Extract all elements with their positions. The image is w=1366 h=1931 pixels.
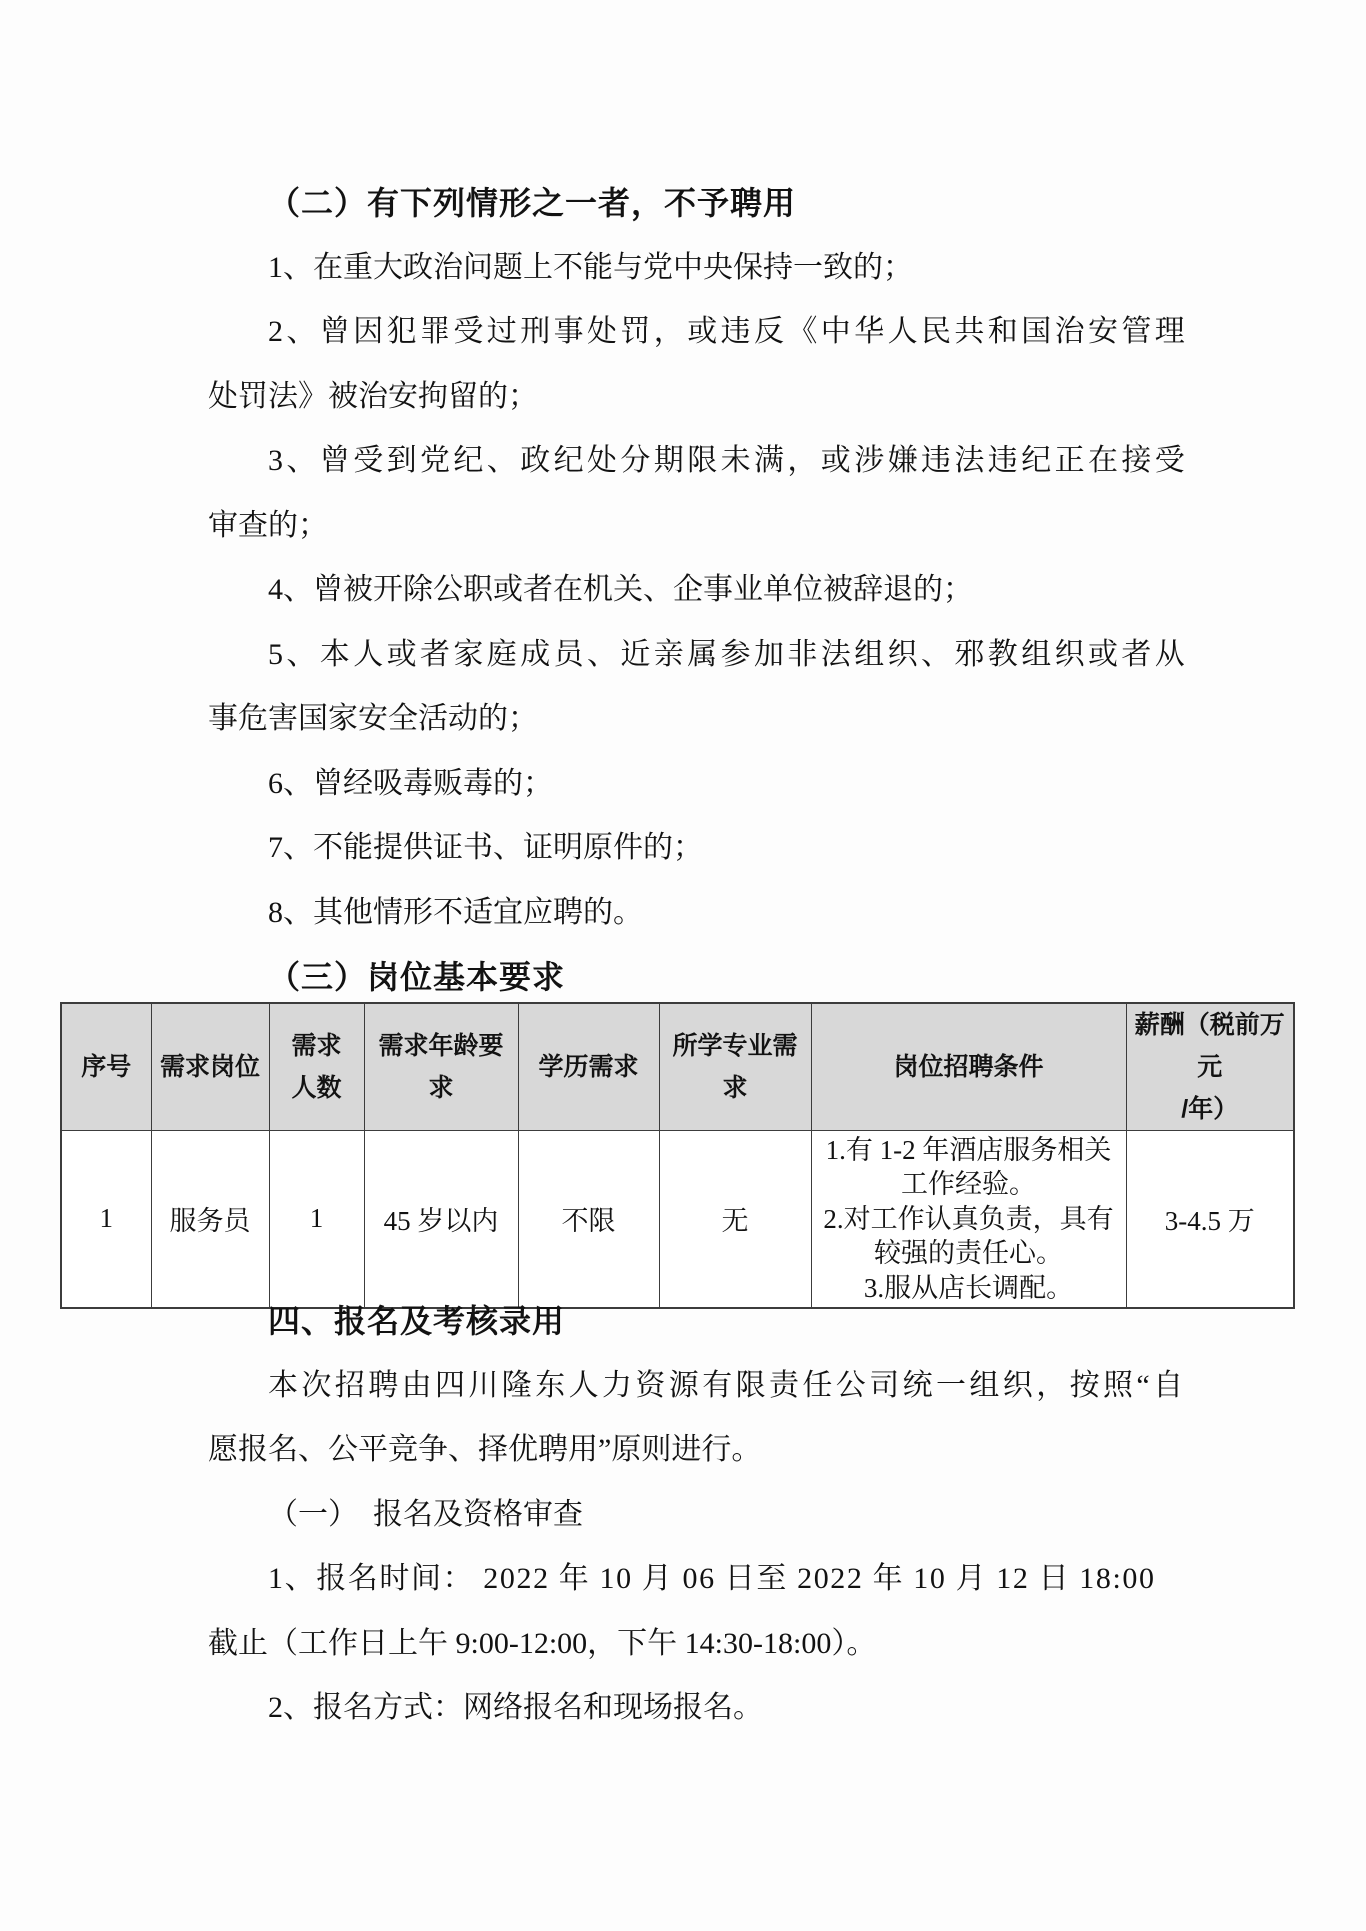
- requirements-table: 序号 需求岗位 需求 人数 需求年龄要求 学历需求 所学专业需求 岗位招聘条件 …: [60, 1002, 1295, 1309]
- disqualify-item-5-cont: 事危害国家安全活动的；: [208, 687, 1218, 752]
- disqualify-item-3: 3、曾受到党纪、政纪处分期限未满，或涉嫌违法违纪正在接受: [208, 429, 1218, 494]
- header-salary: 薪酬（税前万元 /年）: [1126, 1003, 1294, 1131]
- section-requirements-heading: （三）岗位基本要求: [208, 945, 1218, 1010]
- condition-1: 1.有 1-2 年酒店服务相关工作经验。: [816, 1133, 1122, 1202]
- disqualify-item-3-cont: 审查的；: [208, 494, 1218, 559]
- header-seq: 序号: [61, 1003, 151, 1131]
- apply-line-1-cont: 愿报名、公平竞争、择优聘用”原则进行。: [208, 1418, 1218, 1483]
- section-apply: 四、报名及考核录用 本次招聘由四川隆东人力资源有限责任公司统一组织，按照“自 愿…: [208, 1289, 1218, 1741]
- disqualify-item-5: 5、本人或者家庭成员、近亲属参加非法组织、邪教组织或者从: [208, 623, 1218, 688]
- cell-education: 不限: [518, 1131, 659, 1308]
- apply-line-1: 本次招聘由四川隆东人力资源有限责任公司统一组织，按照“自: [208, 1354, 1218, 1419]
- cell-conditions: 1.有 1-2 年酒店服务相关工作经验。 2.对工作认真负责，具有较强的责任心。…: [811, 1131, 1126, 1308]
- section-disqualify-heading: （二）有下列情形之一者，不予聘用: [208, 171, 1218, 236]
- section-disqualify: （二）有下列情形之一者，不予聘用 1、在重大政治问题上不能与党中央保持一致的； …: [208, 171, 1218, 1010]
- disqualify-item-2-cont: 处罚法》被治安拘留的；: [208, 365, 1218, 430]
- disqualify-item-8: 8、其他情形不适宜应聘的。: [208, 881, 1218, 946]
- disqualify-item-1: 1、在重大政治问题上不能与党中央保持一致的；: [208, 236, 1218, 301]
- table-header-row: 序号 需求岗位 需求 人数 需求年龄要求 学历需求 所学专业需求 岗位招聘条件 …: [61, 1003, 1294, 1131]
- document-page: （二）有下列情形之一者，不予聘用 1、在重大政治问题上不能与党中央保持一致的； …: [0, 0, 1366, 1931]
- condition-2: 2.对工作认真负责，具有较强的责任心。: [816, 1202, 1122, 1271]
- cell-salary: 3-4.5 万: [1126, 1131, 1294, 1308]
- disqualify-item-7: 7、不能提供证书、证明原件的；: [208, 816, 1218, 881]
- section-apply-heading: 四、报名及考核录用: [208, 1289, 1218, 1354]
- disqualify-item-4: 4、曾被开除公职或者在机关、企事业单位被辞退的；: [208, 558, 1218, 623]
- cell-major: 无: [659, 1131, 811, 1308]
- apply-subheading-1: （一） 报名及资格审查: [208, 1483, 1218, 1548]
- header-age: 需求年龄要求: [364, 1003, 518, 1131]
- cell-headcount: 1: [269, 1131, 364, 1308]
- header-position: 需求岗位: [151, 1003, 269, 1131]
- header-conditions: 岗位招聘条件: [811, 1003, 1126, 1131]
- cell-seq: 1: [61, 1131, 151, 1308]
- cell-position: 服务员: [151, 1131, 269, 1308]
- header-headcount: 需求 人数: [269, 1003, 364, 1131]
- apply-time-line-cont: 截止（工作日上午 9:00-12:00，下午 14:30-18:00）。: [208, 1612, 1218, 1677]
- table-row: 1 服务员 1 45 岁以内 不限 无 1.有 1-2 年酒店服务相关工作经验。…: [61, 1131, 1294, 1308]
- disqualify-item-6: 6、曾经吸毒贩毒的；: [208, 752, 1218, 817]
- apply-method-line: 2、报名方式：网络报名和现场报名。: [208, 1676, 1218, 1741]
- disqualify-item-2: 2、曾因犯罪受过刑事处罚，或违反《中华人民共和国治安管理: [208, 300, 1218, 365]
- apply-time-line: 1、报名时间： 2022 年 10 月 06 日至 2022 年 10 月 12…: [208, 1547, 1218, 1612]
- header-major: 所学专业需求: [659, 1003, 811, 1131]
- header-education: 学历需求: [518, 1003, 659, 1131]
- cell-age: 45 岁以内: [364, 1131, 518, 1308]
